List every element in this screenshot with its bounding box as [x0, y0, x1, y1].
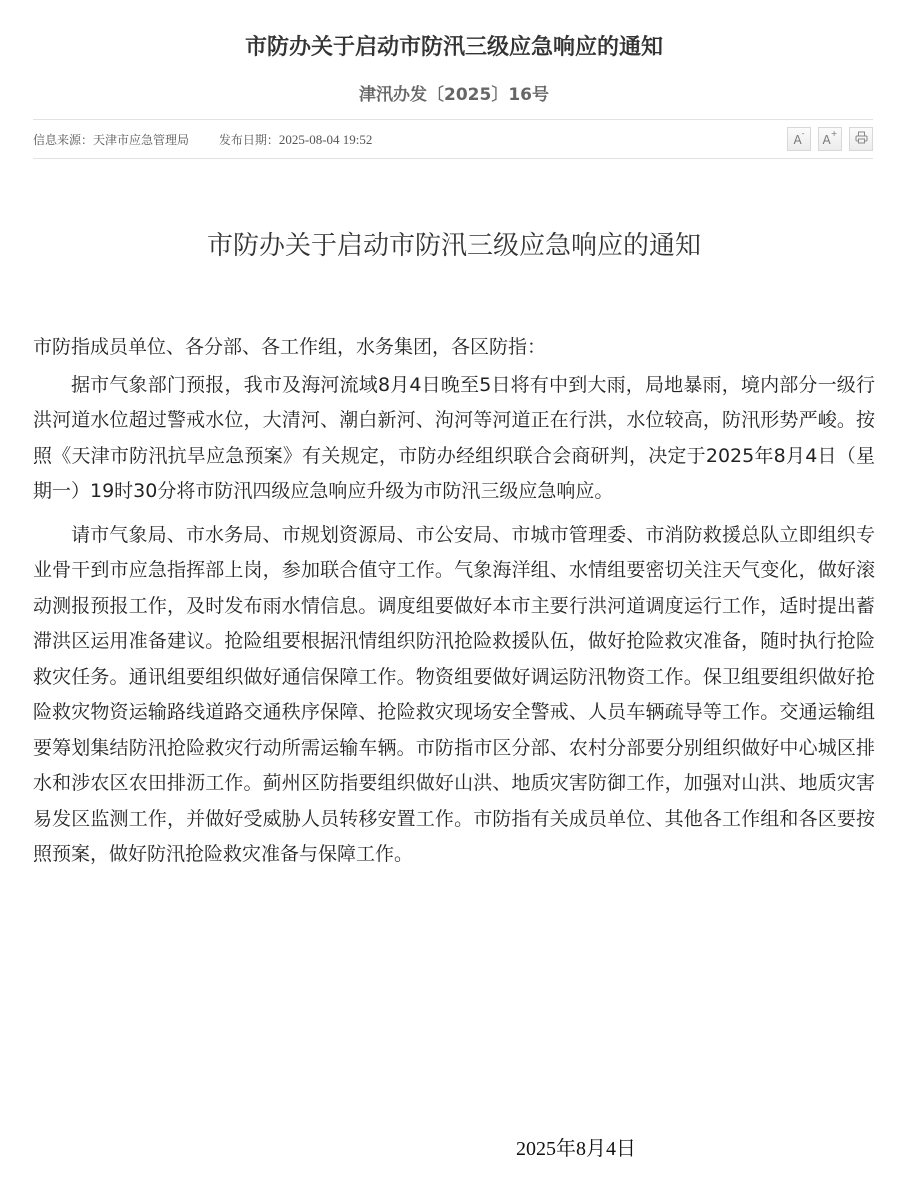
paragraph: 请市气象局、市水务局、市规划资源局、市公安局、市城市管理委、市消防救援总队立即组… — [33, 518, 875, 873]
article-title: 市防办关于启动市防汛三级应急响应的通知 — [0, 225, 908, 262]
font-decrease-button[interactable]: A- — [787, 127, 811, 151]
document-number: 津汛办发〔2025〕16号 — [0, 80, 908, 105]
meta-bar: 信息来源：天津市应急管理局 发布日期：2025-08-04 19:52 A- A… — [33, 119, 873, 159]
print-button[interactable] — [849, 127, 873, 151]
paragraph: 据市气象部门预报，我市及海河流域8月4日晚至5日将有中到大雨，局地暴雨，境内部分… — [33, 368, 875, 510]
signature-date: 2025年8月4日 — [516, 1132, 636, 1161]
source-value: 天津市应急管理局 — [93, 133, 189, 147]
font-increase-icon: A+ — [823, 132, 838, 147]
page-title: 市防办关于启动市防汛三级应急响应的通知 — [0, 30, 908, 61]
font-increase-button[interactable]: A+ — [818, 127, 842, 151]
article-body: 市防指成员单位、各分部、各工作组，水务集团，各区防指： 据市气象部门预报，我市及… — [33, 330, 875, 873]
source-label: 信息来源： — [33, 133, 93, 147]
date-label: 发布日期： — [219, 133, 279, 147]
publish-date: 2025-08-04 19:52 — [279, 132, 373, 147]
font-decrease-icon: A- — [793, 132, 804, 147]
salutation: 市防指成员单位、各分部、各工作组，水务集团，各区防指： — [33, 330, 875, 366]
toolbar: A- A+ — [787, 127, 873, 151]
meta-info: 信息来源：天津市应急管理局 发布日期：2025-08-04 19:52 — [33, 131, 372, 148]
print-icon — [855, 131, 868, 147]
